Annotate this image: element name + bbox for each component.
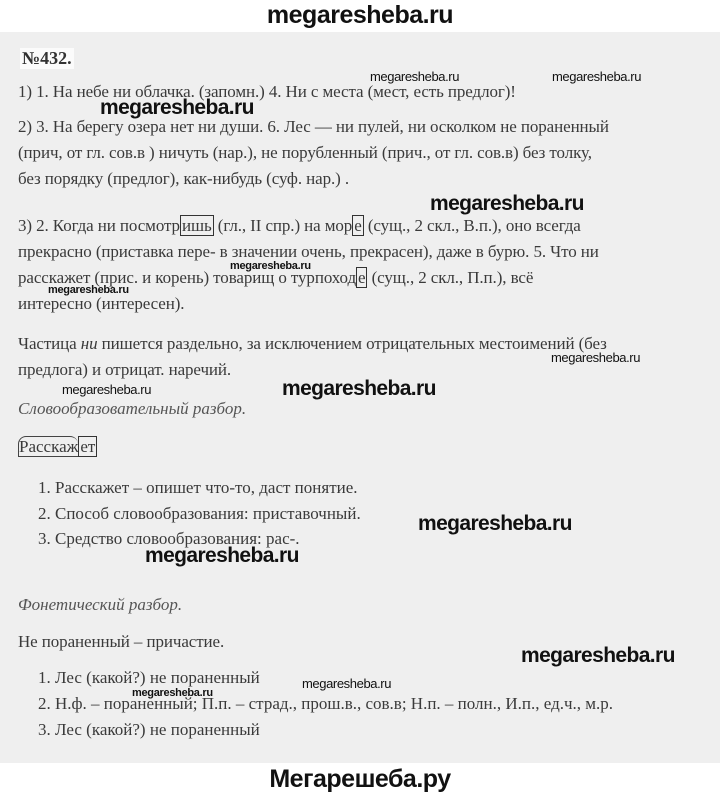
watermark: megaresheba.ru <box>370 69 459 84</box>
site-footer[interactable]: Мегарешеба.ру <box>0 763 720 797</box>
ending-box: е <box>356 267 367 288</box>
task-number: №432. <box>20 48 74 69</box>
morpheme-word: Расскажет <box>18 437 97 457</box>
answer-line-5: 3) 2. Когда ни посмотришь (гл., II спр.)… <box>18 216 581 236</box>
scanned-page: №432. 1) 1. На небе ни облачка. (запомн.… <box>0 32 720 763</box>
text: Частица <box>18 334 81 353</box>
answer-line-3: (прич, от гл. сов.в ) ничуть (нар.), не … <box>18 143 592 163</box>
word-analysis-item: 2. Способ словообразования: приставочный… <box>38 504 361 524</box>
particle: ни <box>81 334 98 353</box>
watermark: megaresheba.ru <box>100 96 254 120</box>
watermark: megaresheba.ru <box>551 350 640 365</box>
phonetic-item: 2. Н.ф. – пораненный; П.п. – страд., про… <box>38 694 613 714</box>
watermark: megaresheba.ru <box>430 192 584 216</box>
watermark: megaresheba.ru <box>132 687 213 699</box>
answer-line-6: прекрасно (приставка пере- в значении оч… <box>18 242 599 262</box>
site-header[interactable]: megaresheba.ru <box>0 0 720 32</box>
word-analysis-item: 1. Расскажет – опишет что-то, даст понят… <box>38 478 358 498</box>
phonetic-item: 3. Лес (какой?) не пораненный <box>38 720 260 740</box>
watermark: megaresheba.ru <box>48 284 129 296</box>
watermark: megaresheba.ru <box>145 544 299 568</box>
text: (сущ., 2 скл., П.п.), всё <box>367 268 533 287</box>
rule-line-1: Частица ни пишется раздельно, за исключе… <box>18 334 607 354</box>
watermark: megaresheba.ru <box>552 69 641 84</box>
word-analysis-heading: Словообразовательный разбор. <box>18 399 246 419</box>
rule-line-2: предлога) и отрицат. наречий. <box>18 360 231 380</box>
watermark: megaresheba.ru <box>418 512 572 536</box>
text: (гл., II спр.) на мор <box>214 216 353 235</box>
answer-line-8: интересно (интересен). <box>18 294 184 314</box>
answer-line-4: без порядку (предлог), как-нибудь (суф. … <box>18 169 349 189</box>
answer-line-1: 1) 1. На небе ни облачка. (запомн.) 4. Н… <box>18 82 516 102</box>
text: (сущ., 2 скл., В.п.), оно всегда <box>364 216 581 235</box>
watermark: megaresheba.ru <box>521 644 675 668</box>
watermark: megaresheba.ru <box>302 676 391 691</box>
answer-line-2: 2) 3. На берегу озера нет ни души. 6. Ле… <box>18 117 609 137</box>
watermark: megaresheba.ru <box>230 260 311 272</box>
word-stem: Расскаж <box>18 436 78 457</box>
phonetic-intro: Не пораненный – причастие. <box>18 632 224 652</box>
ending-box: ишь <box>180 215 214 236</box>
phonetic-item: 1. Лес (какой?) не пораненный <box>38 668 260 688</box>
word-ending: ет <box>78 436 97 457</box>
text: пишется раздельно, за исключением отрица… <box>98 334 607 353</box>
watermark: megaresheba.ru <box>282 377 436 401</box>
text: 3) 2. Когда ни посмотр <box>18 216 180 235</box>
watermark: megaresheba.ru <box>62 382 151 397</box>
phonetic-analysis-heading: Фонетический разбор. <box>18 595 182 615</box>
ending-box: е <box>352 215 363 236</box>
